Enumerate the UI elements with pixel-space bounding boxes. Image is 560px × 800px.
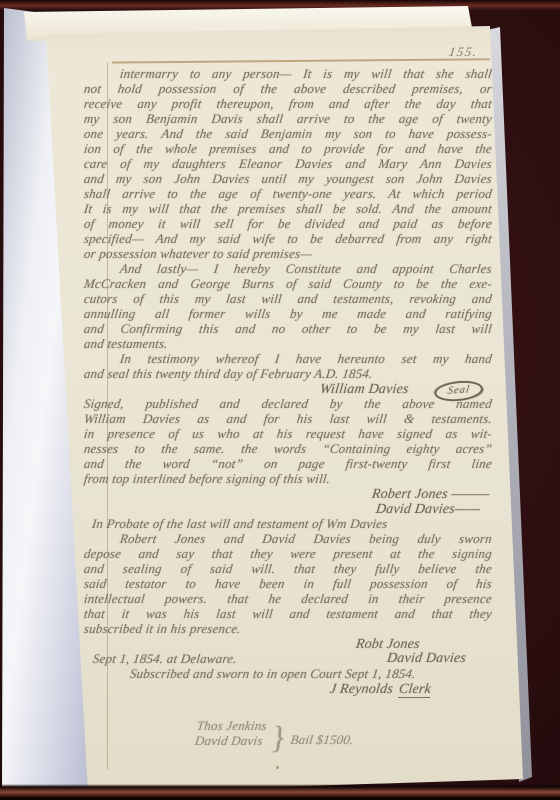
block-sworn-line: Subscribed and sworn to in open Court Se… xyxy=(84,666,492,681)
handwritten-line: and testaments. xyxy=(83,336,493,351)
clerk-signature: J Reynolds xyxy=(329,682,394,697)
handwritten-line: care of my daughters Eleanor Davies and … xyxy=(83,156,493,171)
handwritten-line: my son Benjamin Davis shall arrive to th… xyxy=(83,111,493,126)
handwritten-line: specified— And my said wife to be debarr… xyxy=(83,231,493,246)
handwritten-line: and my son John Davies until my youngest… xyxy=(83,171,493,186)
handwritten-line: cutors of this my last will and testamen… xyxy=(83,291,493,306)
handwritten-line: Signed, published and declared by the ab… xyxy=(83,396,493,411)
witness-david-davies-row: David Davies—— xyxy=(83,501,493,516)
handwritten-line: It is my will that the premises shall be… xyxy=(83,201,493,216)
deposition-robt-jones: Robt Jones xyxy=(355,637,421,652)
block-executors-clause: And lastly— I hereby Constitute and appo… xyxy=(84,261,492,351)
dust-speck xyxy=(276,766,279,769)
bail-amount: Bail $1500. xyxy=(290,732,355,748)
handwritten-line: said testator to have been in full posse… xyxy=(83,576,493,591)
page-number: 155. xyxy=(448,44,480,60)
head-rule-line xyxy=(112,58,490,63)
handwritten-line: nesses to the same. the words “Containin… xyxy=(83,441,493,456)
handwritten-line: Robert Jones and David Davies being duly… xyxy=(83,531,493,546)
witness-david-davies: David Davies—— xyxy=(375,502,481,517)
block-probate-deposition: Robert Jones and David Davies being duly… xyxy=(84,531,492,636)
testator-signature-row: William DaviesSeal xyxy=(83,381,493,396)
deposition-robt-jones-row: Robt Jones xyxy=(83,636,493,651)
handwritten-line: In Probate of the last will and testamen… xyxy=(83,516,493,531)
handwritten-line: in presence of us who at his request hav… xyxy=(83,426,493,441)
brace-glyph: } xyxy=(270,724,289,750)
probate-date-row: Sept 1, 1854. at Delaware.David Davies xyxy=(83,651,493,666)
handwritten-line: depose and say that they were present at… xyxy=(83,546,493,561)
handwritten-line: annulling all former wills by me made an… xyxy=(83,306,493,321)
handwritten-line: of money it will sell for be divided and… xyxy=(83,216,493,231)
handwritten-line: Subscribed and sworn to in open Court Se… xyxy=(83,666,493,681)
handwritten-line: ion of the whole premises and to provide… xyxy=(83,141,493,156)
handwritten-line: not hold possession of the above describ… xyxy=(83,81,493,96)
ledger-photograph: 155. intermarry to any person— It is my … xyxy=(0,0,560,800)
handwritten-line: and Confirming this and no other to be m… xyxy=(83,321,493,336)
manuscript: intermarry to any person— It is my will … xyxy=(84,66,492,748)
probate-date-location: Sept 1, 1854. at Delaware. xyxy=(92,651,238,666)
handwritten-line: or possession whatever to said premises— xyxy=(83,246,493,261)
block-will-clauses: intermarry to any person— It is my will … xyxy=(84,66,492,261)
bail-surety-names: Thos JenkinsDavid Davis xyxy=(194,718,268,748)
handwritten-line: intellectual powers. that he declared in… xyxy=(83,591,493,606)
book-cover-bottom-edge xyxy=(0,784,560,800)
handwritten-line: and sealing of said will. that they full… xyxy=(83,561,493,576)
handwritten-line: from top interlined before signing of th… xyxy=(83,471,493,486)
deposition-david-davies: David Davies xyxy=(386,651,467,666)
handwritten-line: intermarry to any person— It is my will … xyxy=(83,66,493,81)
handwritten-line: and seal this twenty third day of Februa… xyxy=(83,366,493,381)
bail-surety-name: Thos Jenkins xyxy=(196,718,268,733)
clerk-signature-row: J ReynoldsClerk xyxy=(83,681,493,696)
handwritten-line: one years. And the said Benjamin my son … xyxy=(83,126,493,141)
handwritten-line: subscribed it in his presence. xyxy=(83,621,493,636)
bail-surety-name: David Davis xyxy=(194,733,266,748)
block-testimony-clause: In testimony whereof I have hereunto set… xyxy=(84,351,492,381)
handwritten-line: receive any profit thereupon, from and a… xyxy=(83,96,493,111)
handwritten-line: McCracken and George Burns of said Count… xyxy=(83,276,493,291)
handwritten-line: And lastly— I hereby Constitute and appo… xyxy=(83,261,493,276)
witness-robert-jones-row: Robert Jones ——— xyxy=(83,486,493,501)
testator-signature: William Davies xyxy=(319,382,410,397)
witness-robert-jones: Robert Jones ——— xyxy=(371,487,490,502)
handwritten-line: In testimony whereof I have hereunto set… xyxy=(83,351,493,366)
handwritten-line: and the word “not” on page first-twenty … xyxy=(83,456,493,471)
handwritten-line: shall arrive to the age of twenty-one ye… xyxy=(83,186,493,201)
clerk-title: Clerk xyxy=(398,682,432,698)
block-attestation-clause: Signed, published and declared by the ab… xyxy=(84,396,492,486)
handwritten-line: that it was his last will and testament … xyxy=(83,606,493,621)
ledger-page: 155. intermarry to any person— It is my … xyxy=(0,0,560,800)
bail-note: Thos JenkinsDavid Davis}Bail $1500. xyxy=(82,718,494,748)
block-probate-heading: In Probate of the last will and testamen… xyxy=(84,516,492,531)
book-cover-top-edge xyxy=(0,0,560,10)
handwritten-line: William Davies as and for his last will … xyxy=(83,411,493,426)
